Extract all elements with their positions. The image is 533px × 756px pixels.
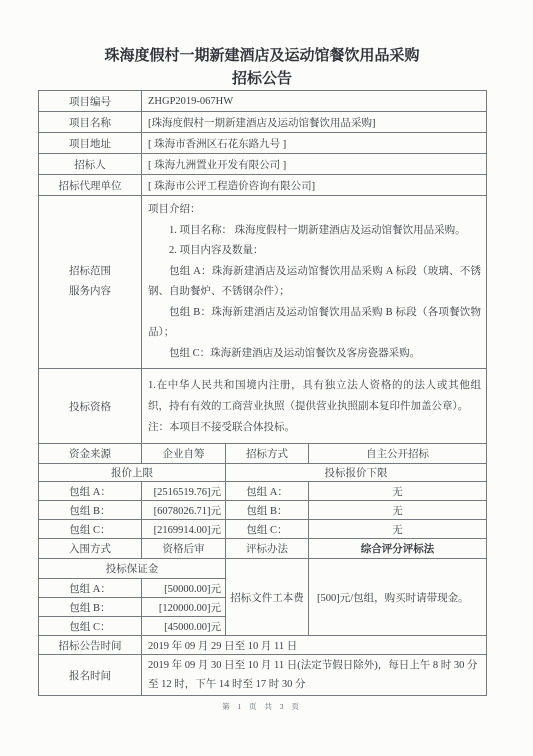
page-number: 第 1 页 共 3 页 (38, 701, 486, 712)
price-cap-header: 报价上限 (39, 464, 226, 482)
scope-label: 招标范围 服务内容 (39, 196, 142, 369)
doc-fee-value: [500]元/包组，购买时请带现金。 (309, 559, 487, 636)
scope-label-line1: 招标范围 (41, 262, 139, 282)
scope-item2: 2. 项目内容及数量： (148, 241, 481, 262)
scope-package-b: 包组 B：珠海新建酒店及运动馆餐饮用品采购 B 标段（各项餐饮物品）； (148, 303, 481, 344)
table-row-tenderer: 招标人 [ 珠海九洲置业开发有限公司 ] (39, 154, 487, 175)
price-b-floor-value: 无 (309, 501, 487, 520)
project-code-value: ZHGP2019-067HW (142, 91, 487, 112)
table-row-agency: 招标代理单位 [ 珠海市公评工程造价咨询有限公司] (39, 175, 487, 196)
table-row-announce-time: 招标公告时间 2019 年 09 月 29 日至 10 月 11 日 (39, 636, 487, 655)
table-row-price-c: 包组 C： [2169914.00]元 包组 C： 无 (39, 520, 487, 539)
signup-time-value: 2019 年 09 月 30 日至 10 月 11 日(法定节假日除外)，每日上… (142, 655, 487, 696)
qualification-content: 1.在中华人民共和国境内注册，具有独立法人资格的的法人或其他组织，持有有效的工商… (142, 369, 487, 444)
document-page: 珠海度假村一期新建酒店及运动馆餐饮用品采购 招标公告 项目编号 ZHGP2019… (0, 0, 533, 756)
project-name-label: 项目名称 (39, 112, 142, 133)
tender-method-value: 自主公开招标 (309, 444, 487, 464)
deposit-header: 投标保证金 (39, 559, 226, 579)
evaluation-method-label: 评标办法 (226, 539, 309, 559)
project-name-value: [珠海度假村一期新建酒店及运动馆餐饮用品采购] (142, 112, 487, 133)
project-address-value: [ 珠海市香洲区石花东路九号 ] (142, 133, 487, 154)
price-a-pkg-label: 包组 A： (39, 482, 142, 501)
shortlist-method-label: 入围方式 (39, 539, 142, 559)
tenderer-value: [ 珠海九洲置业开发有限公司 ] (142, 154, 487, 175)
tenderer-label: 招标人 (39, 154, 142, 175)
announce-time-value: 2019 年 09 月 29 日至 10 月 11 日 (142, 636, 487, 655)
signup-time-label: 报名时间 (39, 655, 142, 696)
price-a-cap-value: [2516519.76]元 (142, 482, 226, 501)
table-row-project-address: 项目地址 [ 珠海市香洲区石花东路九号 ] (39, 133, 487, 154)
table-row-deposit-header: 投标保证金 招标文件工本费 [500]元/包组，购买时请带现金。 (39, 559, 487, 579)
announce-time-label: 招标公告时间 (39, 636, 142, 655)
agency-label: 招标代理单位 (39, 175, 142, 196)
evaluation-method-value: 综合评分评标法 (309, 539, 487, 559)
scope-package-c: 包组 C：珠海新建酒店及运动馆餐饮及客房瓷器采购。 (148, 344, 481, 365)
price-c-pkg-label-right: 包组 C： (226, 520, 309, 539)
deposit-a-pkg-label: 包组 A： (39, 579, 142, 598)
price-floor-header: 投标报价下限 (226, 464, 487, 482)
price-b-pkg-label-right: 包组 B： (226, 501, 309, 520)
scope-content: 项目介绍： 1. 项目名称： 珠海度假村一期新建酒店及运动馆餐饮用品采购。 2.… (142, 196, 487, 369)
deposit-a-amount: [50000.00]元 (142, 579, 226, 598)
qualification-label: 投标资格 (39, 369, 142, 444)
table-row-method: 入围方式 资格后审 评标办法 综合评分评标法 (39, 539, 487, 559)
price-c-cap-value: [2169914.00]元 (142, 520, 226, 539)
deposit-b-pkg-label: 包组 B： (39, 598, 142, 617)
document-subtitle: 招标公告 (38, 68, 486, 91)
document-title: 珠海度假村一期新建酒店及运动馆餐饮用品采购 (38, 45, 486, 68)
price-a-pkg-label-right: 包组 A： (226, 482, 309, 501)
bid-announcement-table: 项目编号 ZHGP2019-067HW 项目名称 [珠海度假村一期新建酒店及运动… (38, 90, 487, 696)
price-c-floor-value: 无 (309, 520, 487, 539)
table-row-project-name: 项目名称 [珠海度假村一期新建酒店及运动馆餐饮用品采购] (39, 112, 487, 133)
table-row-funding: 资金来源 企业自筹 招标方式 自主公开招标 (39, 444, 487, 464)
doc-fee-label: 招标文件工本费 (226, 559, 309, 636)
table-row-price-header: 报价上限 投标报价下限 (39, 464, 487, 482)
document-title-block: 珠海度假村一期新建酒店及运动馆餐饮用品采购 招标公告 (38, 45, 486, 91)
table-row-project-code: 项目编号 ZHGP2019-067HW (39, 91, 487, 112)
table-row-qualification: 投标资格 1.在中华人民共和国境内注册，具有独立法人资格的的法人或其他组织，持有… (39, 369, 487, 444)
table-row-price-b: 包组 B： [6078026.71]元 包组 B： 无 (39, 501, 487, 520)
qualification-note: 注：本项目不接受联合体投标。 (148, 417, 481, 438)
project-code-label: 项目编号 (39, 91, 142, 112)
funding-source-value: 企业自筹 (142, 444, 226, 464)
funding-source-label: 资金来源 (39, 444, 142, 464)
price-b-pkg-label: 包组 B： (39, 501, 142, 520)
scope-package-a: 包组 A：珠海新建酒店及运动馆餐饮用品采购 A 标段（玻璃、不锈钢、自助餐炉、不… (148, 262, 481, 303)
price-c-pkg-label: 包组 C： (39, 520, 142, 539)
deposit-c-pkg-label: 包组 C： (39, 617, 142, 636)
qualification-body: 1.在中华人民共和国境内注册，具有独立法人资格的的法人或其他组织，持有有效的工商… (148, 375, 481, 417)
table-row-price-a: 包组 A： [2516519.76]元 包组 A： 无 (39, 482, 487, 501)
scope-label-line2: 服务内容 (41, 282, 139, 302)
scope-item1: 1. 项目名称： 珠海度假村一期新建酒店及运动馆餐饮用品采购。 (148, 221, 481, 242)
price-b-cap-value: [6078026.71]元 (142, 501, 226, 520)
shortlist-method-value: 资格后审 (142, 539, 226, 559)
agency-value: [ 珠海市公评工程造价咨询有限公司] (142, 175, 487, 196)
deposit-c-amount: [45000.00]元 (142, 617, 226, 636)
table-row-scope: 招标范围 服务内容 项目介绍： 1. 项目名称： 珠海度假村一期新建酒店及运动馆… (39, 196, 487, 369)
price-a-floor-value: 无 (309, 482, 487, 501)
deposit-b-amount: [120000.00]元 (142, 598, 226, 617)
tender-method-label: 招标方式 (226, 444, 309, 464)
table-row-signup-time: 报名时间 2019 年 09 月 30 日至 10 月 11 日(法定节假日除外… (39, 655, 487, 696)
project-address-label: 项目地址 (39, 133, 142, 154)
scope-intro: 项目介绍： (148, 200, 481, 221)
